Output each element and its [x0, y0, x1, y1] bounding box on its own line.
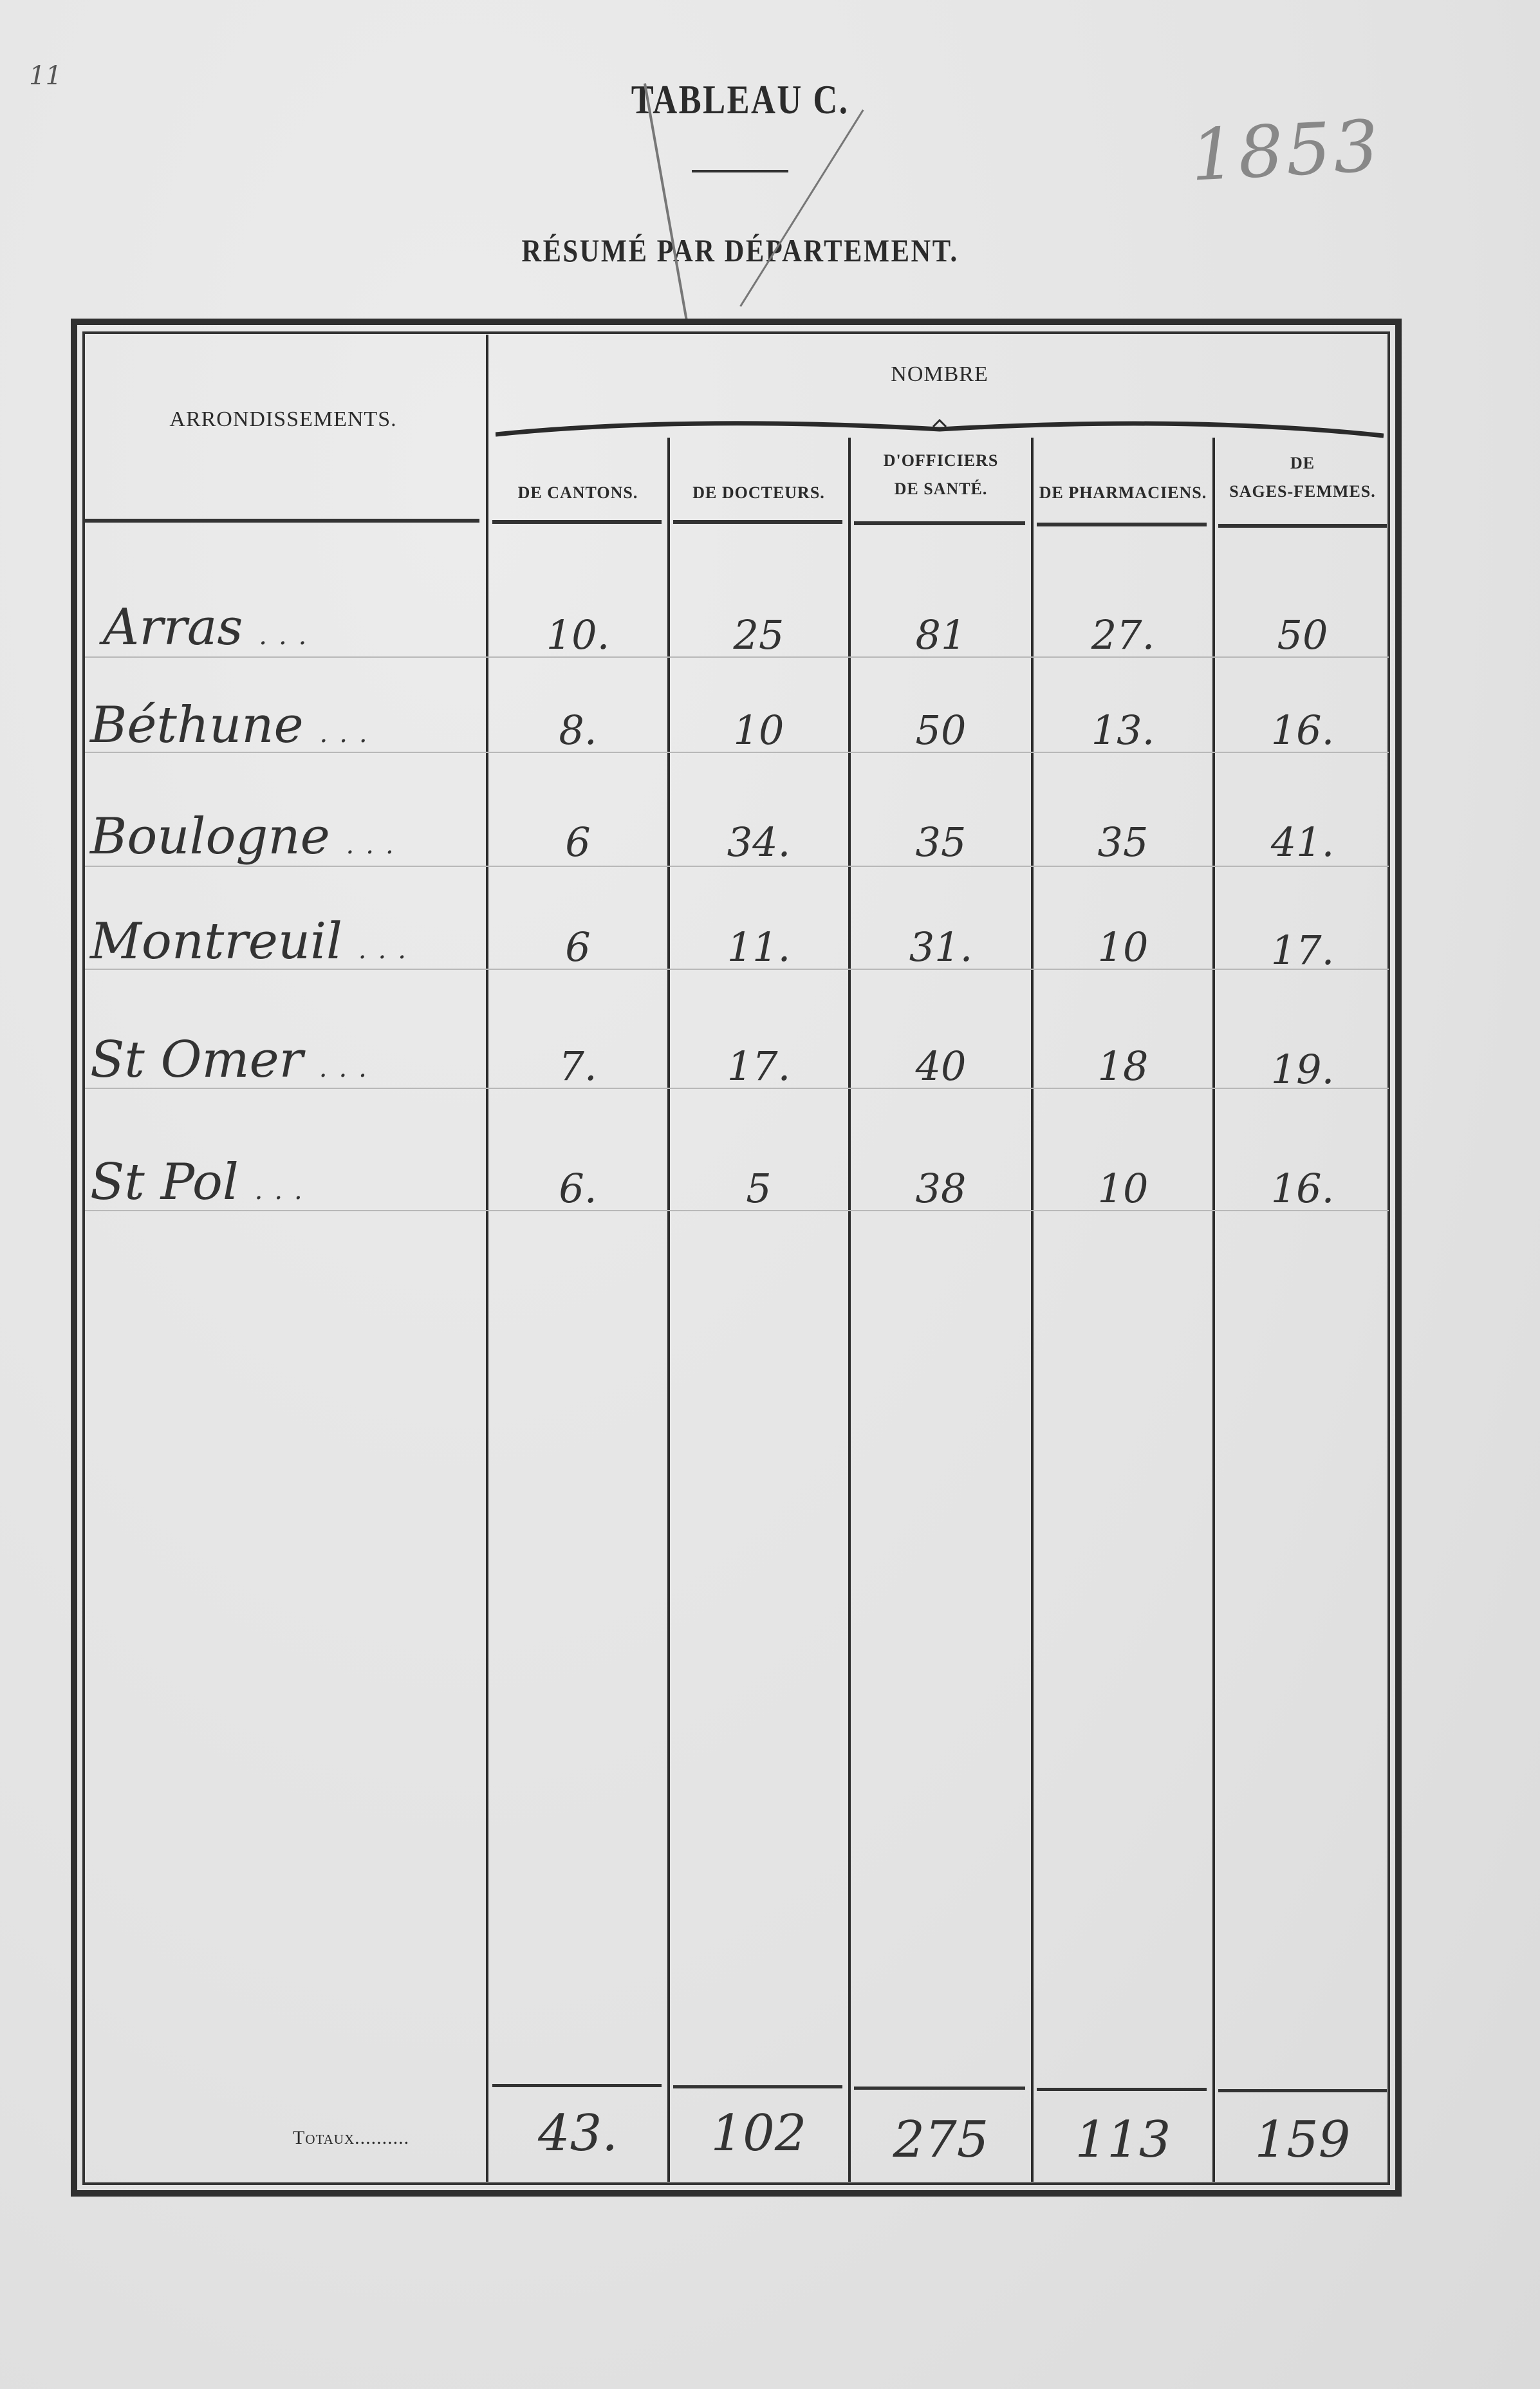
- cell-pharmaciens: 10: [1034, 924, 1212, 971]
- pencil-ruling-line: [85, 866, 1389, 867]
- cell-sages-femmes: 17.: [1215, 927, 1390, 974]
- cell-docteurs: 10: [670, 707, 848, 754]
- total-cantons: 43.: [489, 2105, 667, 2162]
- cell-docteurs: 11.: [670, 924, 848, 971]
- arrondissement-name: Béthune: [90, 696, 304, 754]
- cell-officiers: 81: [851, 611, 1031, 658]
- cell-officiers: 35: [851, 819, 1031, 866]
- cell-docteurs: 25: [670, 611, 848, 658]
- pencil-strike-mark: [739, 109, 864, 307]
- totals-label: Totaux..........: [293, 2127, 409, 2149]
- cell-sages-femmes: 16.: [1215, 707, 1390, 754]
- header-rule: [1218, 524, 1387, 528]
- brace-decoration: [496, 415, 1384, 441]
- arrondissement-name: Arras: [103, 599, 243, 656]
- column-divider: [1031, 438, 1034, 2182]
- title-divider: [692, 170, 788, 172]
- column-divider: [1212, 438, 1215, 2182]
- column-header-pharmaciens: DE PHARMACIENS.: [1034, 451, 1212, 507]
- page-number-mark: 11: [29, 61, 62, 91]
- arrondissement-name: Montreuil: [90, 913, 342, 971]
- header-rule: [854, 521, 1025, 525]
- column-divider: [486, 335, 488, 2182]
- totals-rule: [492, 2084, 662, 2087]
- page-subtitle: RÉSUMÉ PAR DÉPARTEMENT.: [111, 232, 1369, 269]
- total-officiers: 275: [851, 2111, 1031, 2169]
- cell-pharmaciens: 27.: [1034, 611, 1212, 658]
- cell-officiers: 40: [851, 1043, 1031, 1090]
- cell-cantons: 8.: [489, 707, 667, 754]
- column-divider: [848, 438, 851, 2182]
- total-docteurs: 102: [670, 2105, 848, 2162]
- header-rule: [673, 520, 842, 524]
- cell-docteurs: 5: [670, 1165, 848, 1212]
- totals-rule: [854, 2087, 1025, 2090]
- cell-cantons: 7.: [489, 1043, 667, 1090]
- column-header-officiers-de-sante: D'OFFICIERS DE SANTÉ.: [851, 447, 1031, 503]
- cell-officiers: 50: [851, 707, 1031, 754]
- column-divider: [667, 438, 670, 2182]
- cell-sages-femmes: 50: [1215, 611, 1390, 658]
- cell-sages-femmes: 41.: [1215, 819, 1390, 866]
- cell-cantons: 6: [489, 924, 667, 971]
- cell-officiers: 38: [851, 1165, 1031, 1212]
- column-header-cantons: DE CANTONS.: [489, 451, 667, 507]
- cell-sages-femmes: 19.: [1215, 1046, 1390, 1093]
- cell-pharmaciens: 35: [1034, 819, 1212, 866]
- cell-pharmaciens: 10: [1034, 1165, 1212, 1212]
- total-sages-femmes: 159: [1215, 2111, 1390, 2169]
- cell-docteurs: 17.: [670, 1043, 848, 1090]
- arrondissement-name: Boulogne: [90, 808, 330, 866]
- cell-docteurs: 34.: [670, 819, 848, 866]
- totals-rule: [1218, 2089, 1387, 2092]
- page-title: TABLEAU C.: [133, 76, 1347, 124]
- total-pharmaciens: 113: [1034, 2111, 1212, 2169]
- row-header-arrondissements: ARRONDISSEMENTS.: [84, 405, 483, 434]
- cell-cantons: 6: [489, 819, 667, 866]
- totals-rule: [1037, 2088, 1207, 2091]
- cell-pharmaciens: 18: [1034, 1043, 1212, 1090]
- column-header-sages-femmes: DE SAGES-FEMMES.: [1215, 449, 1390, 506]
- cell-pharmaciens: 13.: [1034, 707, 1212, 754]
- totals-rule: [673, 2085, 842, 2088]
- cell-cantons: 10.: [489, 611, 667, 658]
- group-header-nombre: NOMBRE: [489, 360, 1390, 389]
- cell-officiers: 31.: [851, 924, 1031, 971]
- header-rule: [84, 519, 479, 523]
- header-rule: [1037, 523, 1207, 526]
- column-header-docteurs: DE DOCTEURS.: [670, 451, 848, 507]
- header-rule: [492, 520, 662, 524]
- arrondissement-name: St Omer: [90, 1031, 303, 1089]
- cell-cantons: 6.: [489, 1165, 667, 1212]
- arrondissement-name: St Pol: [90, 1153, 239, 1211]
- cell-sages-femmes: 16.: [1215, 1165, 1390, 1212]
